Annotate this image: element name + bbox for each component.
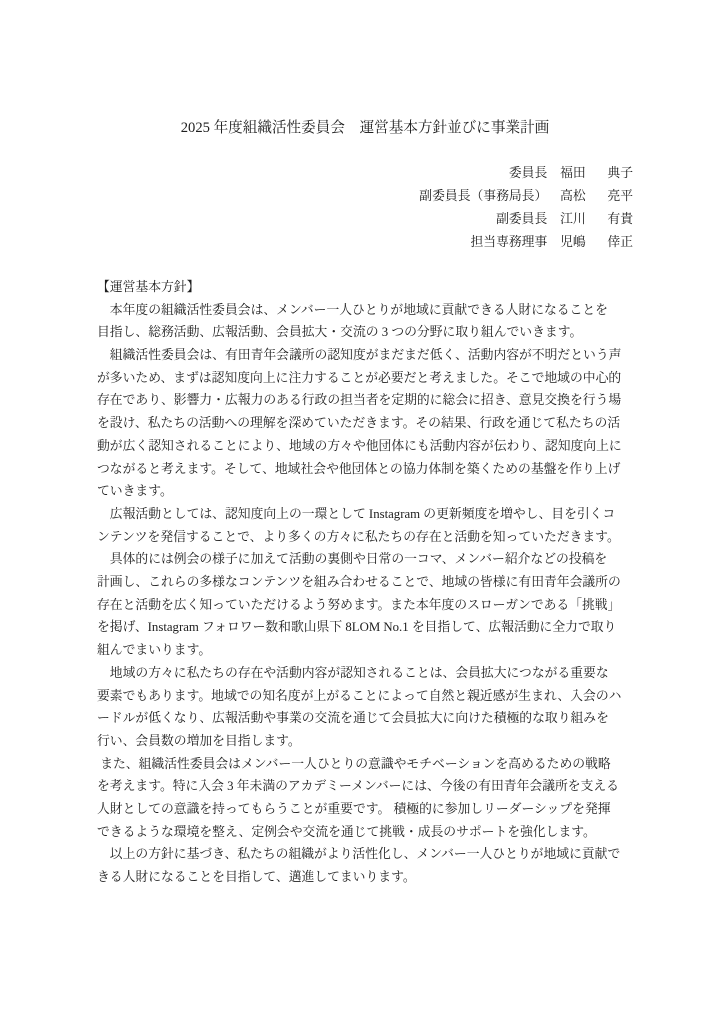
body-paragraph: 広報活動としては、認知度向上の一環として Instagram の更新頻度を増やし… xyxy=(97,503,633,548)
document-page: 2025 年度組織活性委員会 運営基本方針並びに事業計画 委員長 福田 典子 副… xyxy=(0,0,724,1024)
officer-surname: 児嶋 xyxy=(560,231,586,254)
body-paragraph: 具体的には例会の様子に加えて活動の裏側や日常の一コマ、メンバー紹介などの投稿を … xyxy=(97,548,633,662)
officer-given-name: 倖正 xyxy=(607,231,633,254)
section-heading: 【運営基本方針】 xyxy=(97,276,633,299)
officer-role: 委員長 xyxy=(509,162,547,185)
body-paragraph: また、組織活性委員会はメンバー一人ひとりの意識やモチベーションを高めるための戦略… xyxy=(97,753,633,844)
officer-role: 副委員長 xyxy=(496,208,547,231)
officer-role: 担当専務理事 xyxy=(470,231,547,254)
body-paragraph: 以上の方針に基づき、私たちの組織がより活性化し、メンバー一人ひとりが地域に貢献で… xyxy=(97,843,633,888)
officer-list: 委員長 福田 典子 副委員長（事務局長） 高松 亮平 副委員長 江川 有貴 担当… xyxy=(97,162,633,253)
officer-row: 副委員長（事務局長） 高松 亮平 xyxy=(97,185,633,208)
officer-surname: 江川 xyxy=(560,208,586,231)
body-paragraph: 地域の方々に私たちの存在や活動内容が認知されることは、会員拡大につながる重要な … xyxy=(97,662,633,753)
body-paragraph: 本年度の組織活性委員会は、メンバー一人ひとりが地域に貢献できる人財になることを … xyxy=(97,299,633,344)
body-paragraph: 組織活性委員会は、有田青年会議所の認知度がまだまだ低く、活動内容が不明だという声… xyxy=(97,344,633,503)
officer-row: 副委員長 江川 有貴 xyxy=(97,208,633,231)
officer-row: 委員長 福田 典子 xyxy=(97,162,633,185)
document-title: 2025 年度組織活性委員会 運営基本方針並びに事業計画 xyxy=(97,117,633,140)
officer-given-name: 有貴 xyxy=(607,208,633,231)
officer-given-name: 亮平 xyxy=(607,185,633,208)
officer-surname: 高松 xyxy=(560,185,586,208)
officer-surname: 福田 xyxy=(560,162,586,185)
officer-role: 副委員長（事務局長） xyxy=(419,185,547,208)
officer-given-name: 典子 xyxy=(607,162,633,185)
officer-row: 担当専務理事 児嶋 倖正 xyxy=(97,231,633,254)
